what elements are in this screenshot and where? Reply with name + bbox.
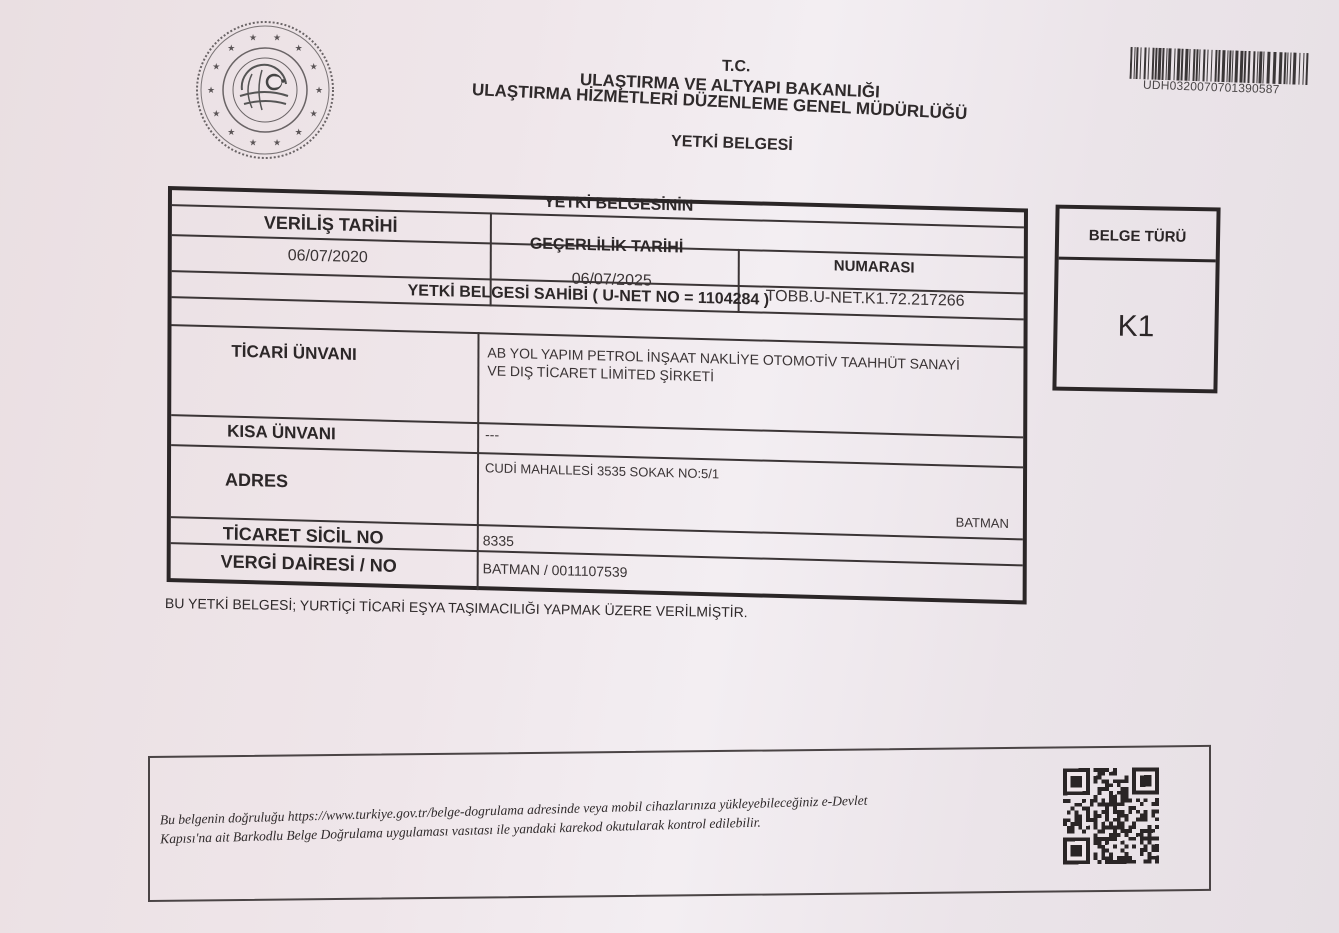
address-label: ADRES bbox=[225, 469, 288, 492]
short-name-label: KISA ÜNVANI bbox=[227, 422, 336, 445]
svg-text:★: ★ bbox=[207, 85, 215, 95]
header-country: T.C. bbox=[722, 58, 751, 77]
document-type-label: BELGE TÜRÜ bbox=[1059, 227, 1216, 247]
svg-text:★: ★ bbox=[273, 32, 281, 42]
svg-text:★: ★ bbox=[249, 32, 257, 42]
address-value: CUDİ MAHALLESİ 3535 SOKAK NO:5/1 bbox=[485, 460, 719, 481]
validity-date-label: GEÇERLİLİK TARİHİ bbox=[530, 235, 684, 257]
authorization-note: BU YETKİ BELGESİ; YURTİÇİ TİCARİ EŞYA TA… bbox=[165, 595, 748, 620]
svg-text:★: ★ bbox=[273, 138, 281, 148]
document-type-box: BELGE TÜRÜ K1 bbox=[1052, 205, 1220, 394]
short-name-value: --- bbox=[485, 426, 499, 442]
group-heading: YETKİ BELGESİNİN bbox=[544, 194, 693, 216]
svg-text:★: ★ bbox=[227, 43, 235, 53]
address-city: BATMAN bbox=[956, 515, 1009, 531]
svg-text:★: ★ bbox=[295, 127, 303, 137]
svg-text:★: ★ bbox=[310, 62, 318, 72]
trade-registry-label: TİCARET SİCİL NO bbox=[223, 523, 384, 548]
svg-text:★: ★ bbox=[310, 108, 318, 118]
svg-text:★: ★ bbox=[212, 108, 220, 118]
certificate-number: TOBB.U-NET.K1.72.217266 bbox=[766, 288, 965, 311]
trade-registry-value: 8335 bbox=[483, 532, 514, 549]
issue-date-label: VERİLİŞ TARİHİ bbox=[264, 213, 398, 237]
verification-box: Bu belgenin doğruluğu https://www.turkiy… bbox=[148, 745, 1211, 902]
qr-code-icon[interactable] bbox=[1063, 761, 1159, 870]
divider bbox=[1059, 257, 1216, 263]
verification-text: Bu belgenin doğruluğu https://www.turkiy… bbox=[160, 786, 1021, 848]
document-title: YETKİ BELGESİ bbox=[671, 133, 793, 155]
ministry-seal-icon: ★★★★★★★★★★★★★★ bbox=[190, 18, 340, 163]
svg-text:★: ★ bbox=[315, 85, 323, 95]
svg-text:★: ★ bbox=[212, 62, 220, 72]
tax-office-label: VERGİ DAİRESİ / NO bbox=[221, 551, 397, 577]
issue-date-value: 06/07/2020 bbox=[288, 247, 368, 267]
number-label: NUMARASI bbox=[834, 257, 915, 276]
trade-name-label: TİCARİ ÜNVANI bbox=[231, 342, 356, 365]
svg-text:★: ★ bbox=[249, 138, 257, 148]
svg-text:★: ★ bbox=[227, 127, 235, 137]
document-type-value: K1 bbox=[1057, 309, 1215, 346]
svg-text:★: ★ bbox=[295, 43, 303, 53]
certificate-table: YETKİ BELGESİNİN VERİLİŞ TARİHİ 06/07/20… bbox=[167, 186, 1028, 604]
trade-name-value-line2: VE DIŞ TİCARET LİMİTED ŞİRKETİ bbox=[487, 362, 714, 384]
tax-office-value: BATMAN / 0011107539 bbox=[483, 560, 628, 580]
